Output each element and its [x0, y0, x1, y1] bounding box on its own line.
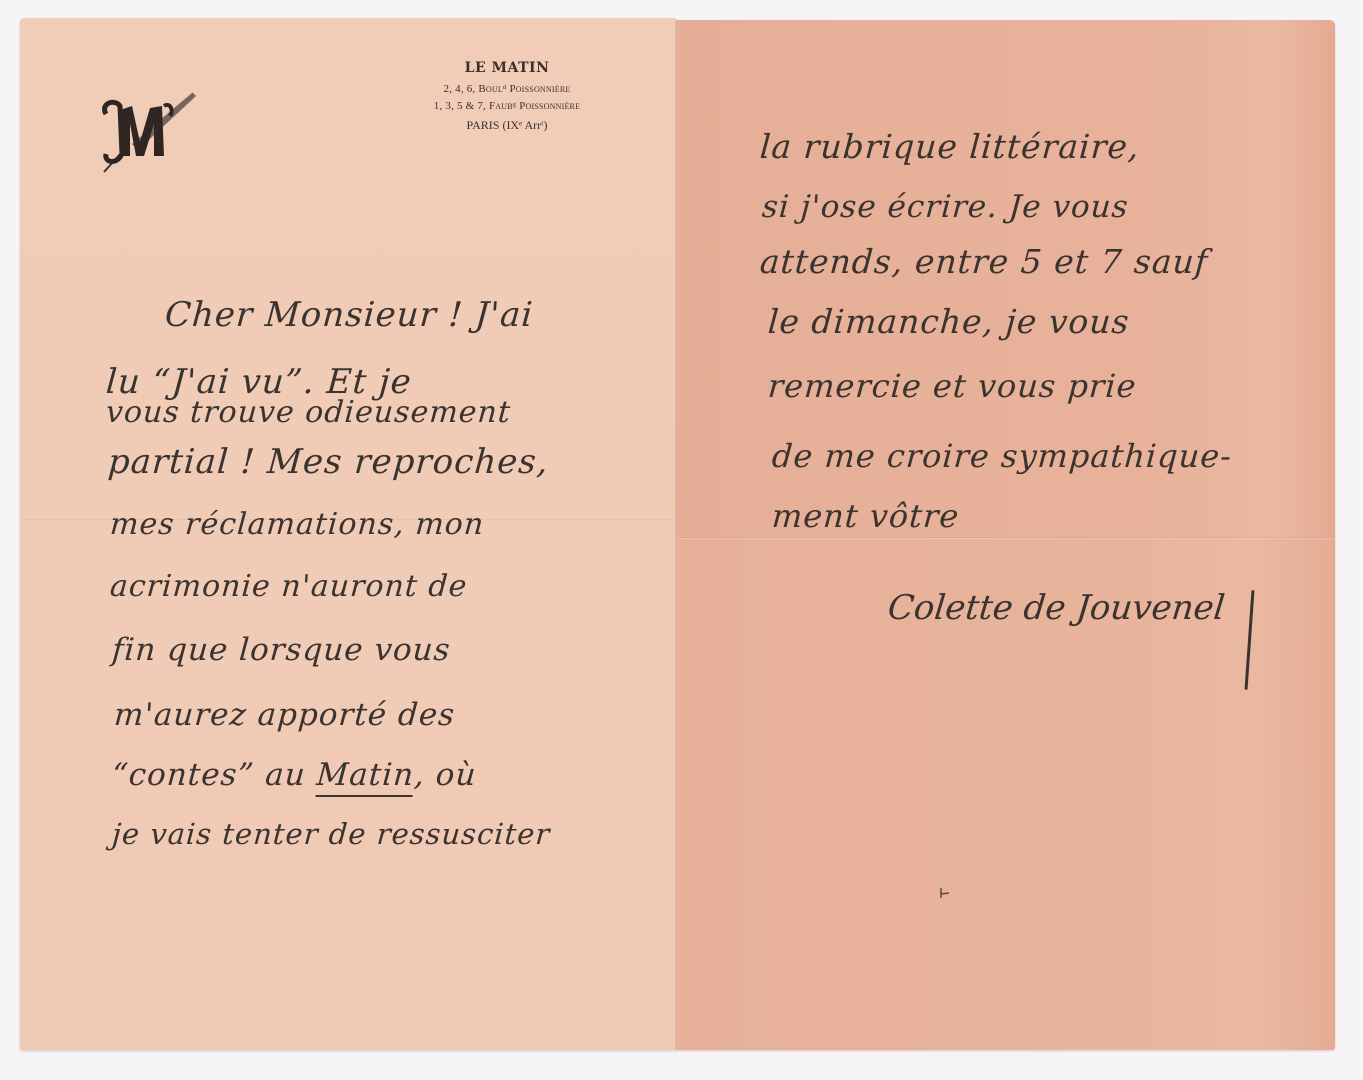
letter-line: vous trouve odieusement — [105, 398, 512, 428]
letter-line: attends, entre 5 et 7 sauf — [759, 245, 1209, 278]
letter-line: “contes” au Matin, où — [111, 760, 478, 791]
letter-line: fin que lorsque vous — [111, 635, 452, 666]
letterhead: LE MATIN 2, 4, 6, Boulᵈ Poissonnière 1, … — [392, 60, 622, 133]
letter-line: partial ! Mes reproches, — [107, 445, 550, 479]
letter-line: mes réclamations, mon — [109, 510, 485, 540]
letterhead-address-2: 1, 3, 5 & 7, Faubᵍ Poissonnière — [392, 100, 622, 112]
le-matin-logo-icon — [92, 84, 202, 174]
letter-line: m'aurez apporté des — [113, 700, 456, 731]
letter-line: je vais tenter de ressusciter — [111, 820, 551, 849]
letter-line: Cher Monsieur ! J'ai — [164, 298, 535, 332]
letterhead-title: LE MATIN — [392, 60, 622, 76]
letter-line: ment vôtre — [771, 500, 961, 532]
letter-text: “contes” au — [111, 757, 307, 793]
letter-line: lu “J'ai vu”. Et je — [105, 365, 413, 399]
letterhead-city: PARIS (IXᵉ Arrᵗ) — [392, 118, 622, 133]
letter-line: la rubrique littéraire, — [759, 130, 1141, 163]
small-ink-mark-icon — [937, 886, 951, 900]
underlined-word-matin: Matin — [315, 757, 415, 797]
letter-line: acrimonie n'auront de — [109, 572, 468, 602]
letter-line: si j'ose écrire. Je vous — [761, 192, 1130, 223]
signature: Colette de Jouvenel — [886, 588, 1227, 628]
right-page — [676, 20, 1335, 1050]
letterhead-address-1: 2, 4, 6, Boulᵈ Poissonnière — [392, 83, 622, 95]
letter-line: de me croire sympathique- — [771, 440, 1233, 472]
letter-text: , où — [413, 757, 478, 793]
horizontal-fold — [676, 537, 1335, 539]
center-fold — [676, 20, 678, 1050]
letter-line: remercie et vous prie — [767, 370, 1138, 402]
letter-line: le dimanche, je vous — [767, 305, 1131, 338]
